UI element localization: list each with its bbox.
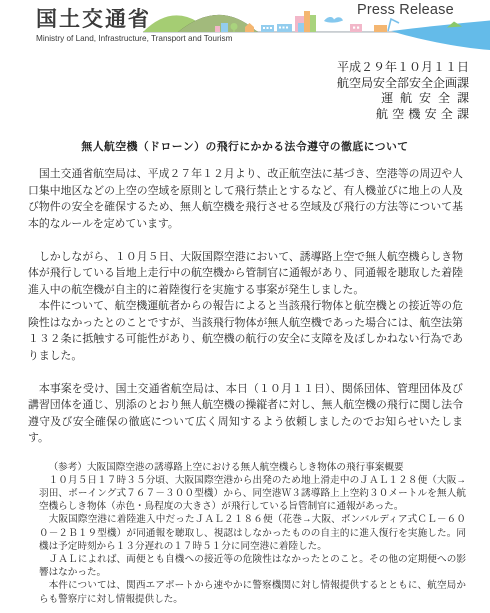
document-title: 無人航空機（ドローン）の飛行にかかる法令遵守の徹底について [0, 139, 490, 154]
department-aircraft-safety: 航空機安全課 [0, 107, 473, 123]
body-paragraph-3: 本件について、航空機運航者からの報告によると当該飛行物体と航空機との接近等の危険… [28, 298, 463, 364]
reference-paragraph-3: ＪＡＬによれば、両便とも自機への接近等の危険性はなかったとのこと。その他の定期便… [39, 553, 466, 579]
ministry-logo: 国土交通省 Ministry of Land, Infrastructure, … [36, 8, 232, 43]
reference-section: （参考）大阪国際空港の誘導路上空における無人航空機らしき物体の飛行事案概要 １０… [31, 461, 466, 606]
sea-icon [391, 21, 490, 51]
reference-paragraph-4: 本件については、関西エアポートから速やかに警察機関に対し情報提供するとともに、航… [39, 579, 466, 605]
crane-icon [388, 19, 399, 31]
reference-paragraph-1: １０月５日１７時３５分頃、大阪国際空港から出発のため地上滑走中のＪＡＬ１２８便（… [39, 474, 466, 514]
body-paragraph-4: 本事案を受け、国土交通省航空局は、本日（１０月１１日）、関係団体、管理団体及び講… [28, 381, 463, 447]
header: 国土交通省 Ministry of Land, Infrastructure, … [0, 0, 490, 52]
reference-heading: （参考）大阪国際空港の誘導路上空における無人航空機らしき物体の飛行事案概要 [39, 461, 466, 474]
body-paragraph-2: しかしながら、１０月５日、大阪国際空港において、誘導路上空で無人航空機らしき物体… [28, 249, 463, 299]
ministry-name-english: Ministry of Land, Infrastructure, Transp… [36, 34, 232, 43]
press-release-page: 国土交通省 Ministry of Land, Infrastructure, … [0, 0, 490, 613]
document-date: 平成２９年１０月１１日 [0, 60, 469, 76]
body-paragraph-1: 国土交通省航空局は、平成２７年１２月より、改正航空法に基づき、空港等の周辺や人口… [28, 166, 463, 232]
reference-paragraph-2: 大阪国際空港に着陸進入中だったＪＡＬ２１８６便（花巻→大阪、ボンバルディア式ＣＬ… [39, 513, 466, 553]
document-meta: 平成２９年１０月１１日 航空局安全部安全企画課 運航安全課 航空機安全課 [0, 60, 469, 122]
document-body: 国土交通省航空局は、平成２７年１２月より、改正航空法に基づき、空港等の周辺や人口… [28, 166, 463, 447]
bird-icon [324, 17, 343, 23]
ministry-name-japanese: 国土交通省 [36, 8, 232, 32]
press-release-label: Press Release [357, 2, 454, 18]
department-flight-safety: 運航安全課 [0, 91, 476, 107]
department-safety-planning: 航空局安全部安全企画課 [0, 76, 469, 92]
